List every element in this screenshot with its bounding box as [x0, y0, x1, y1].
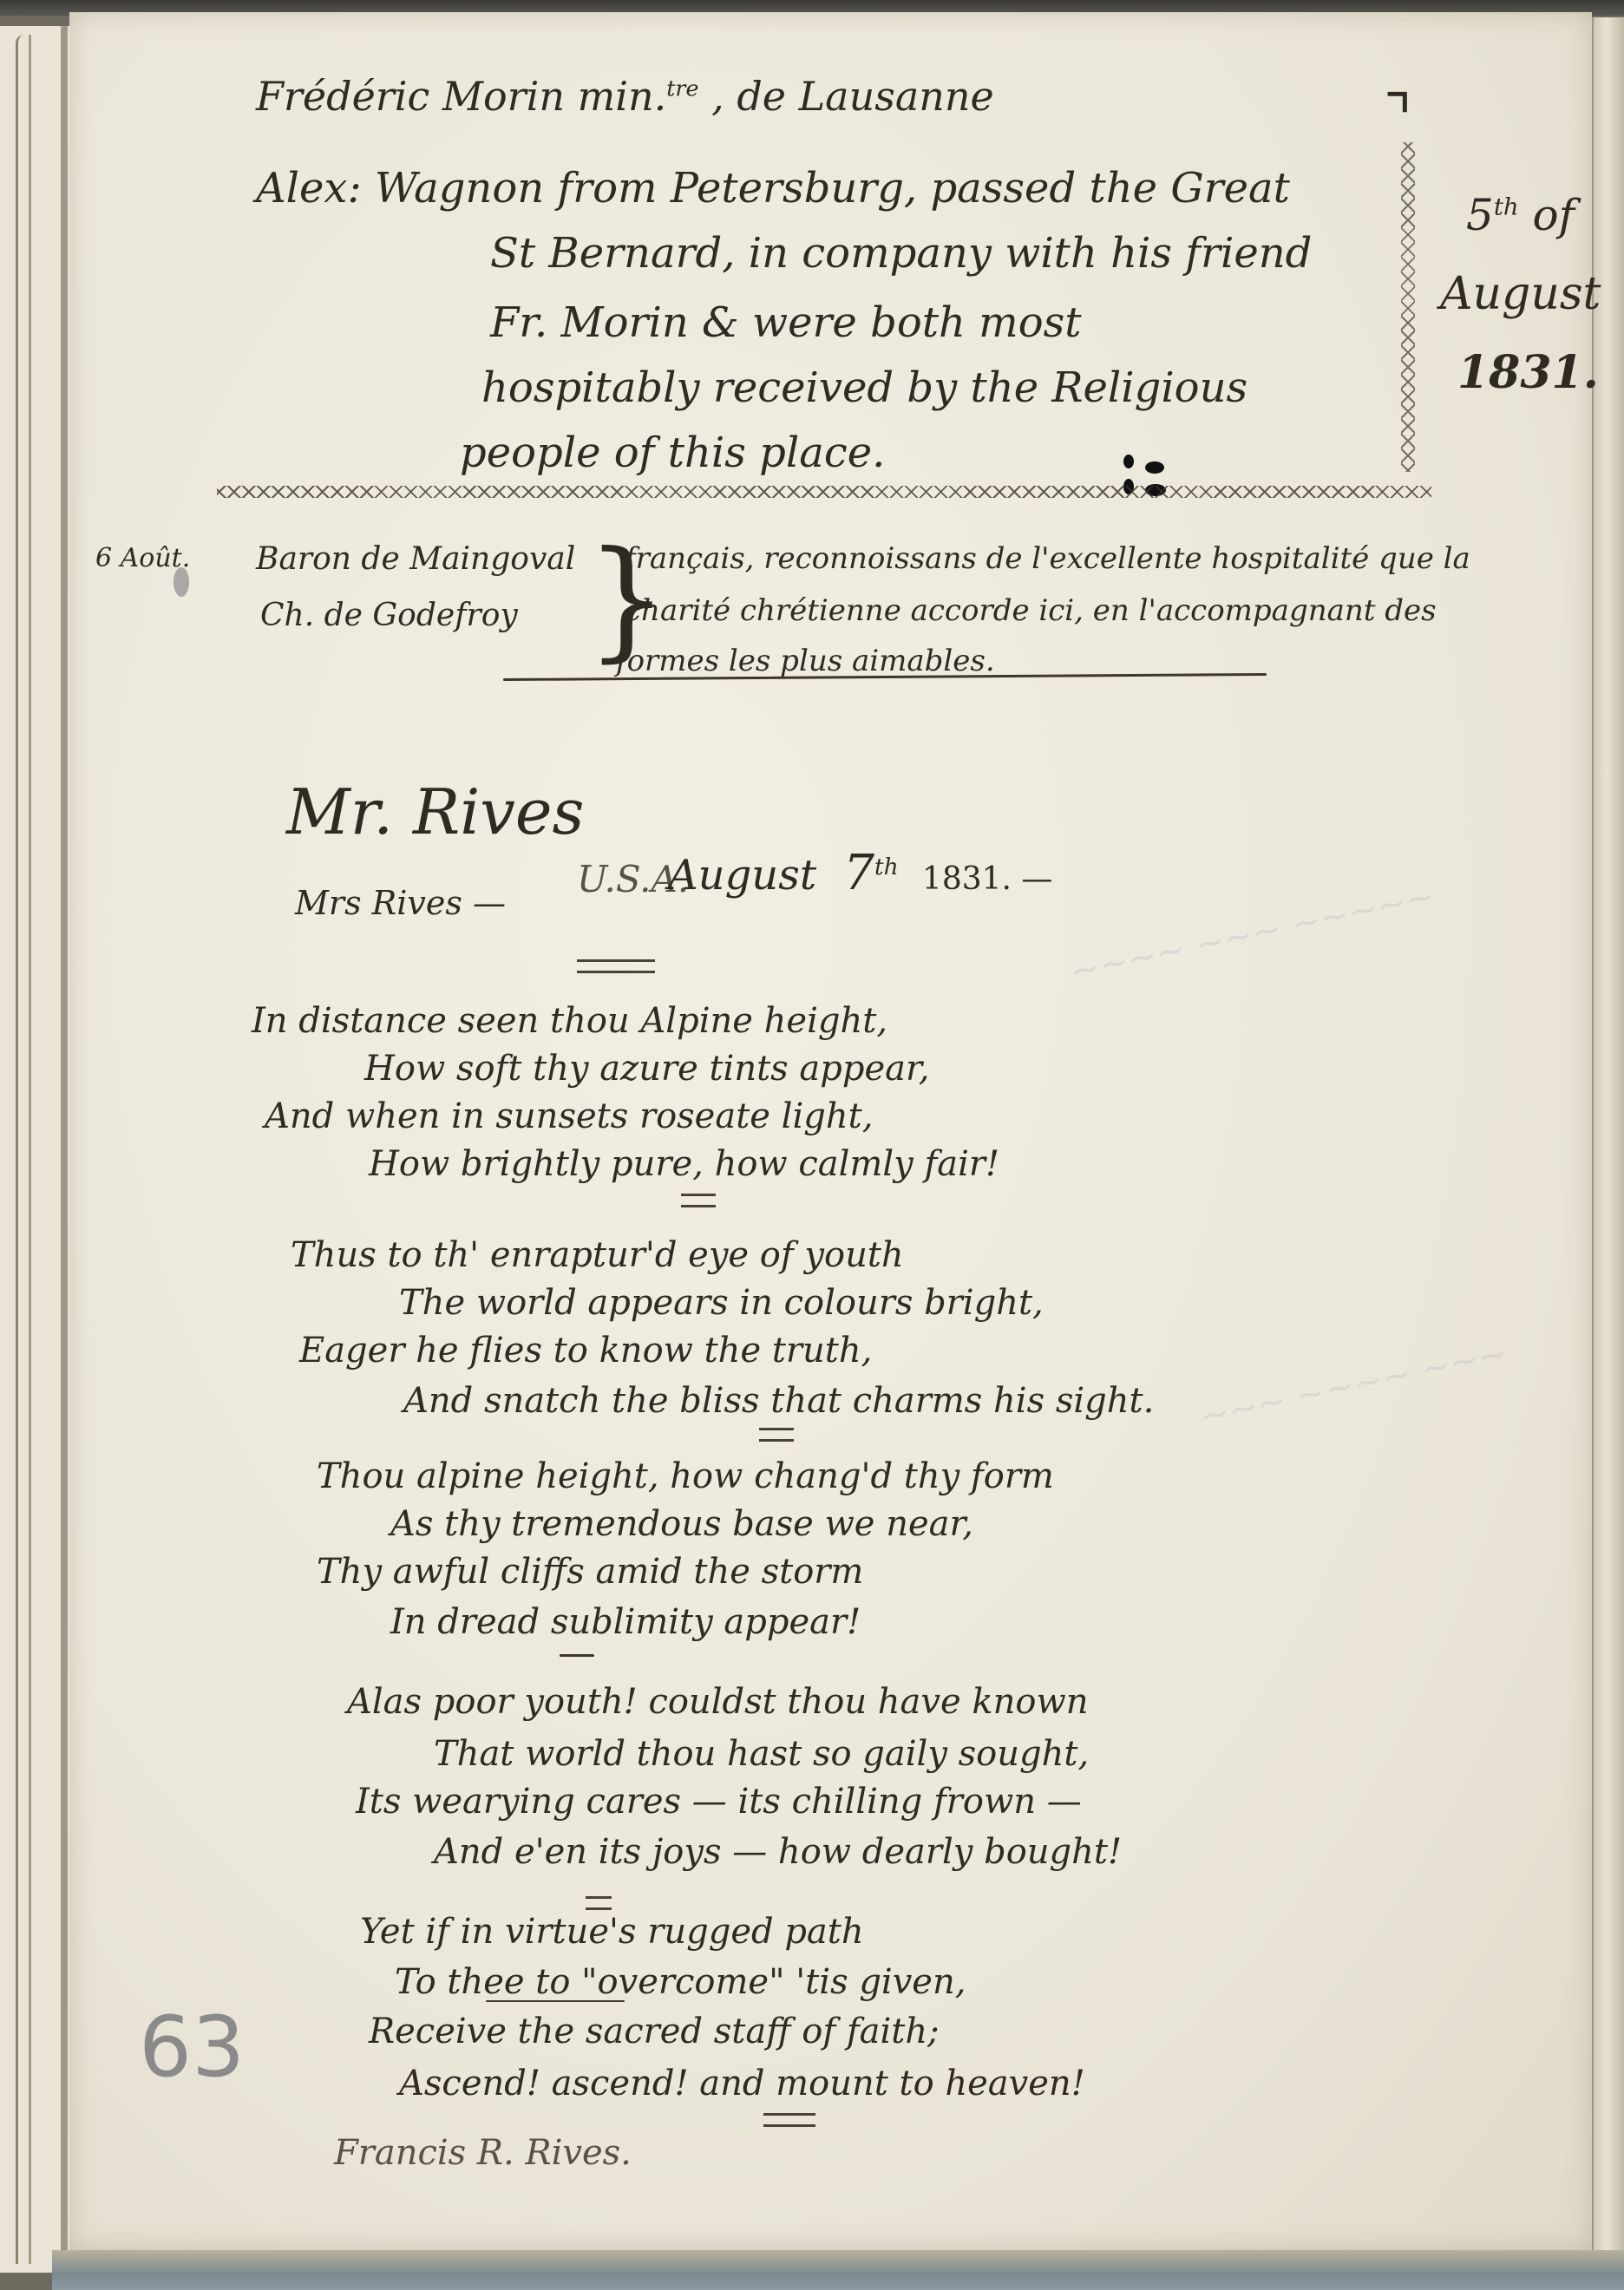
stanza-divider [759, 1428, 794, 1442]
visitor-origin: , de Lausanne [711, 73, 994, 120]
date-day: 5th of [1466, 190, 1575, 240]
show-through-text: ~~~~ ~~~ ~~~~~ [1067, 876, 1438, 992]
page-stack-left [0, 26, 72, 2273]
entry2-text-2: charité chrétienne accorde ici, en l'acc… [625, 593, 1437, 628]
vertical-wavy-bracket [1401, 142, 1415, 472]
date-year: 1831. — [922, 861, 1053, 897]
poem-line: As thy tremendous base we near, [390, 1504, 973, 1544]
pencil-smudge [174, 567, 189, 597]
entry2-text-3: formes les plus aimables. [616, 644, 995, 678]
poem-line: That world thou hast so gaily sought, [434, 1734, 1089, 1774]
ink-blot [1145, 461, 1164, 474]
ink-blot [1123, 455, 1134, 468]
underline-overcome [486, 2000, 625, 2002]
double-rule [577, 959, 655, 973]
stanza-divider [763, 2113, 815, 2127]
entry1-line4: Fr. Morin & were both most [490, 298, 1082, 347]
wavy-divider [217, 486, 1431, 498]
day-suffix: th [1494, 193, 1519, 220]
book-bottom-edge [52, 2250, 1624, 2290]
show-through-text: ~~~ ~~~~ ~~~ [1196, 1333, 1510, 1437]
date-month: August [668, 851, 816, 900]
visitor-name-mr: Mr. Rives [286, 775, 584, 848]
stanza-divider [681, 1194, 716, 1207]
margin-date: 6 Août. [95, 543, 190, 573]
poem-line: Alas poor youth! couldst thou have known [347, 1682, 1088, 1722]
entry3-date: August 7th 1831. — [668, 845, 1052, 901]
visitor-name-mrs: Mrs Rives — [295, 884, 506, 922]
page-fold [16, 35, 31, 2264]
poem-line: And when in sunsets roseate light, [265, 1096, 873, 1136]
entry1-line3: St Bernard, in company with his friend [490, 229, 1312, 278]
poem-line: The world appears in colours bright, [399, 1283, 1044, 1323]
stanza-divider [560, 1654, 594, 1657]
poem-line: How soft thy azure tints appear, [364, 1049, 929, 1089]
gutter-shadow [61, 26, 68, 2273]
poem-line: Receive the sacred staff of faith; [369, 2012, 940, 2051]
date-day: 7 [843, 845, 874, 901]
entry1-line2: Alex: Wagnon from Petersburg, passed the… [256, 164, 1290, 213]
title-superscript: tre [666, 76, 698, 101]
poem-line: Thou alpine height, how chang'd thy form [317, 1456, 1054, 1496]
day-suffix: th [874, 854, 899, 880]
visitor-title: min. [578, 73, 667, 120]
stanza-divider [586, 1896, 612, 1910]
entry1-line1: Frédéric Morin min.tre , de Lausanne [256, 73, 994, 120]
visitor-name-1: Baron de Maingoval [256, 541, 575, 577]
poem-line: Eager he flies to know the truth, [299, 1331, 872, 1371]
date-year: 1831. [1457, 346, 1599, 399]
poem-line: In dread sublimity appear! [390, 1602, 861, 1642]
page-number: 63 [139, 1999, 245, 2096]
entry2-text-1: français, reconnoissans de l'excellente … [625, 541, 1470, 576]
date-of: of [1532, 190, 1575, 240]
manuscript-page: ~~~~ ~~~ ~~~~~ ~~~ ~~~~ ~~~ Frédéric Mor… [69, 12, 1592, 2250]
poem-line: Ascend! ascend! and mount to heaven! [399, 2064, 1085, 2104]
poem-line: Thy awful cliffs amid the storm [317, 1552, 863, 1592]
bracket-top-hook: ⌝ [1384, 82, 1412, 153]
poem-line: Yet if in virtue's rugged path [360, 1912, 864, 1952]
poem-signature: Francis R. Rives. [334, 2133, 632, 2173]
visitor-name: Frédéric Morin [256, 73, 565, 120]
poem-line: And snatch the bliss that charms his sig… [403, 1381, 1154, 1421]
poem-line: How brightly pure, how calmly fair! [369, 1144, 999, 1184]
poem-line: To thee to "overcome" 'tis given, [395, 1962, 966, 2002]
visitor-name-2: Ch. de Godefroy [260, 598, 518, 633]
poem-line: In distance seen thou Alpine height, [252, 1001, 887, 1041]
entry1-line6: people of this place. [460, 429, 885, 477]
entry1-line5: hospitably received by the Religious [481, 363, 1247, 412]
day-number: 5 [1466, 190, 1494, 240]
poem-line: And e'en its joys — how dearly bought! [434, 1832, 1122, 1872]
poem-line: Its wearying cares — its chilling frown … [356, 1782, 1082, 1822]
poem-line: Thus to th' enraptur'd eye of youth [291, 1235, 904, 1275]
date-month: August [1440, 268, 1601, 320]
